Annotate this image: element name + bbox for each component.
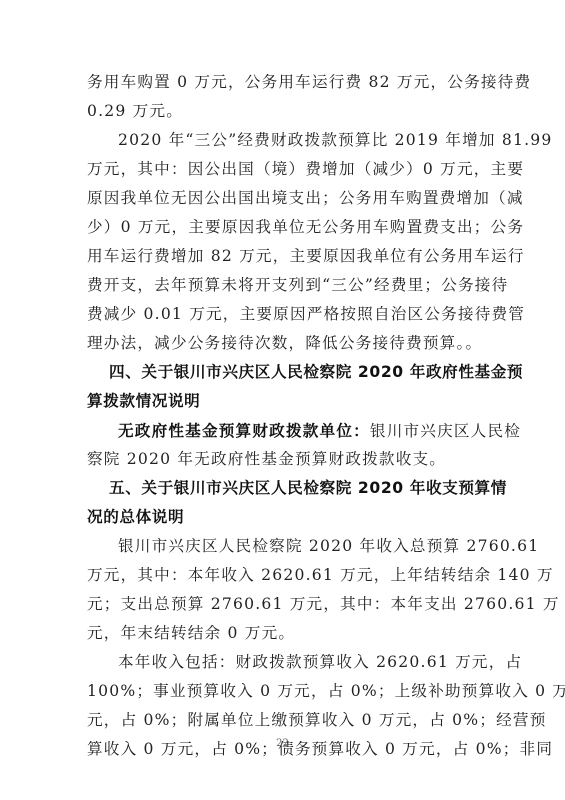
text-line: 万元，其中：本年收入 2620.61 万元，上年结转结余 140 万 xyxy=(87,561,483,590)
text-line: 元；支出总预算 2760.61 万元，其中：本年支出 2760.61 万 xyxy=(87,590,483,619)
page-body: 务用车购置 0 万元，公务用车运行费 82 万元，公务接待费 0.29 万元。 … xyxy=(87,68,483,764)
text-line: 察院 2020 年无政府性基金预算财政拨款收支。 xyxy=(87,445,483,474)
text-line: 务用车购置 0 万元，公务用车运行费 82 万元，公务接待费 xyxy=(87,68,483,97)
text-span: 银川市兴庆区人民检 xyxy=(370,422,521,440)
text-line: 费开支，去年预算未将开支列到“三公”经费里；公务接待 xyxy=(87,271,483,300)
text-line: 原因我单位无因公出国出境支出；公务用车购置费增加（减 xyxy=(87,184,483,213)
section-heading-5: 五、关于银川市兴庆区人民检察院 2020 年收支预算情 xyxy=(87,474,483,503)
text-line: 少）0 万元，主要原因我单位无公务用车购置费支出；公务 xyxy=(87,213,483,242)
text-line: 元，年末结转结余 0 万元。 xyxy=(87,619,483,648)
section-heading-4-cont: 算拨款情况说明 xyxy=(87,387,483,416)
text-line: 万元，其中：因公出国（境）费增加（减少）0 万元，主要 xyxy=(87,155,483,184)
text-line: 费减少 0.01 万元，主要原因严格按照自治区公务接待费管 xyxy=(87,300,483,329)
section-heading-4: 四、关于银川市兴庆区人民检察院 2020 年政府性基金预 xyxy=(87,358,483,387)
bold-lead-text: 无政府性基金预算财政拨款单位： xyxy=(118,421,370,440)
text-line: 理办法，减少公务接待次数，降低公务接待费预算。。 xyxy=(87,329,483,358)
text-line: 元，占 0%；附属单位上缴预算收入 0 万元，占 0%；经营预 xyxy=(87,706,483,735)
text-line: 0.29 万元。 xyxy=(87,97,483,126)
section-heading-5-cont: 况的总体说明 xyxy=(87,503,483,532)
page-number: 22 xyxy=(0,738,565,749)
text-line: 100%；事业预算收入 0 万元，占 0%；上级补助预算收入 0 万 xyxy=(87,677,483,706)
text-line: 无政府性基金预算财政拨款单位：银川市兴庆区人民检 xyxy=(87,416,483,445)
text-line: 2020 年“三公”经费财政拨款预算比 2019 年增加 81.99 xyxy=(87,126,483,155)
text-line: 银川市兴庆区人民检察院 2020 年收入总预算 2760.61 xyxy=(87,532,483,561)
text-line: 本年收入包括：财政拨款预算收入 2620.61 万元，占 xyxy=(87,648,483,677)
text-line: 用车运行费增加 82 万元，主要原因我单位有公务用车运行 xyxy=(87,242,483,271)
document-page: 务用车购置 0 万元，公务用车运行费 82 万元，公务接待费 0.29 万元。 … xyxy=(0,0,565,800)
